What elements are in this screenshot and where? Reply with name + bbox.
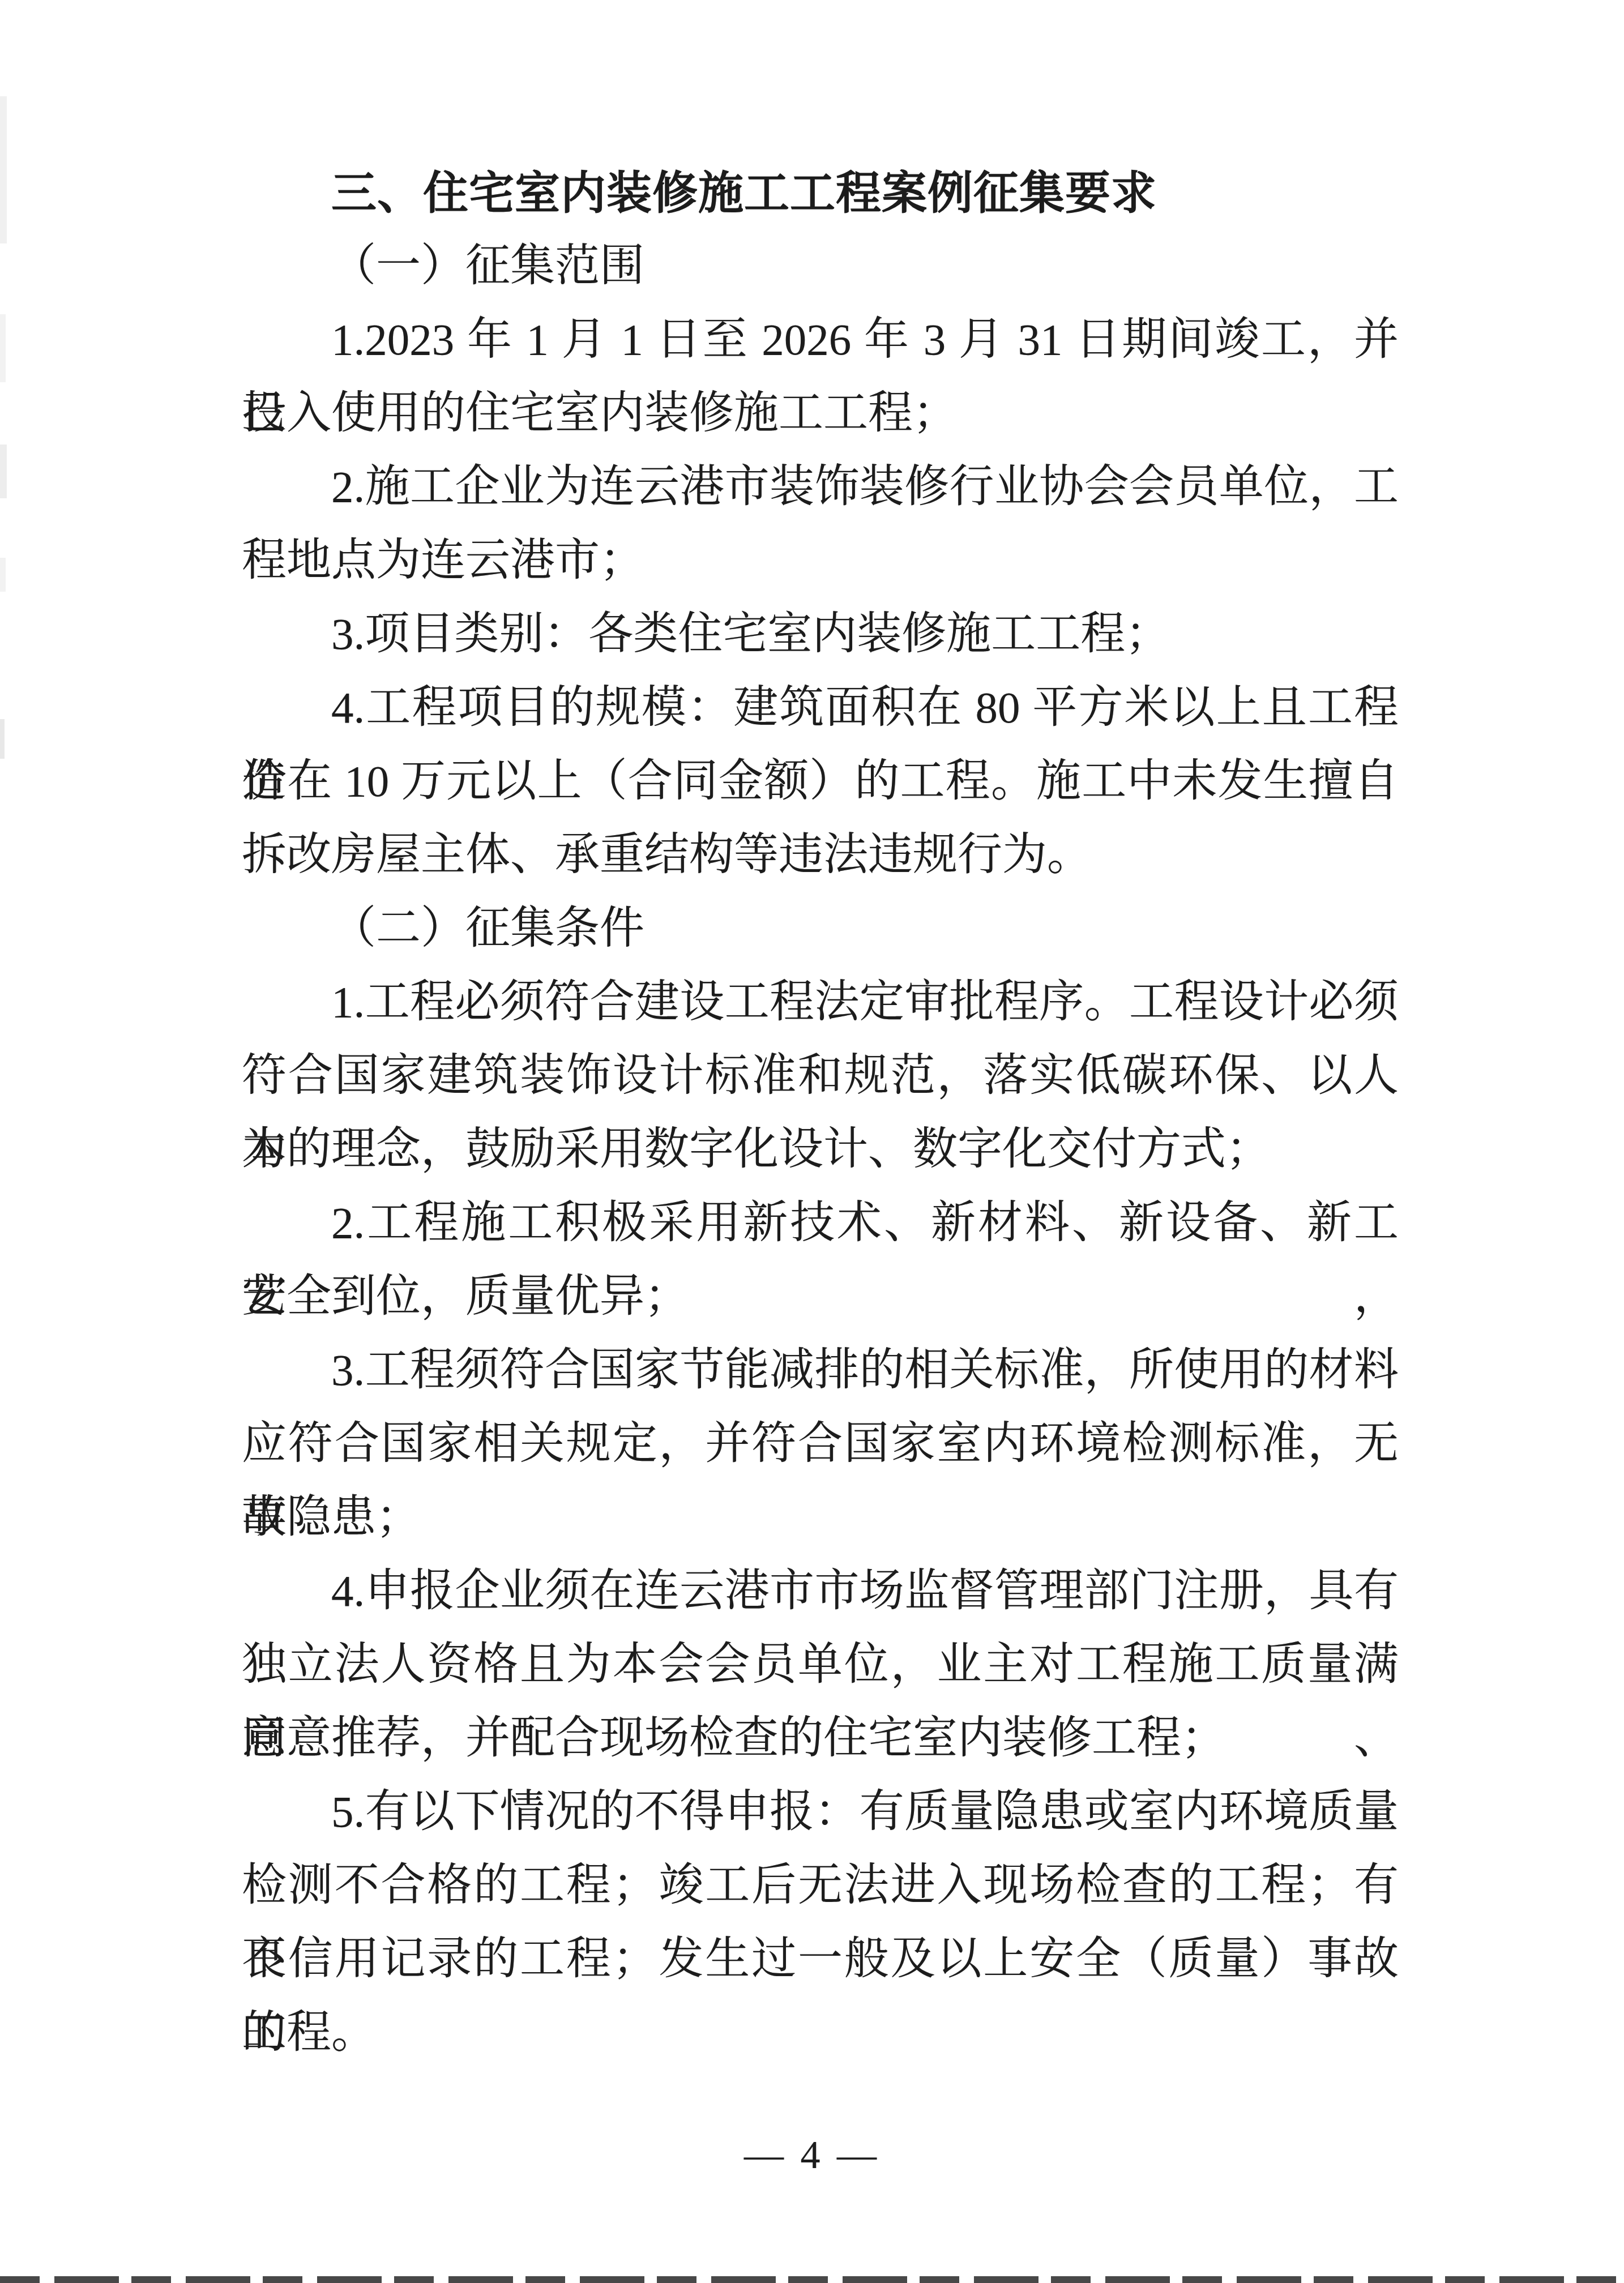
body-line: 4.申报企业须在连云港市市场监督管理部门注册，具有 <box>242 1555 1399 1628</box>
body-line: 2.施工企业为连云港市装饰装修行业协会会员单位，工 <box>242 451 1399 524</box>
body-line: 2.工程施工积极采用新技术、新材料、新设备、新工艺， <box>242 1187 1399 1260</box>
document-page: { "page": { "paper_color": "#ffffff", "i… <box>0 0 1624 2283</box>
body-line: 3.工程须符合国家节能减排的相关标准，所使用的材料 <box>242 1334 1399 1408</box>
body-line: 3.项目类别：各类住宅室内装修施工工程； <box>242 598 1399 672</box>
body-line: 应符合国家相关规定，并符合国家室内环境检测标准，无事 <box>242 1408 1399 1481</box>
body-line: 程地点为连云港市； <box>242 524 1399 598</box>
scan-artifact-left-edge <box>0 719 5 759</box>
document-heading: 三、住宅室内装修施工工程案例征集要求 <box>242 156 1399 230</box>
body-line: 工程。 <box>242 1996 1399 2070</box>
scan-artifact-left-edge <box>0 314 6 382</box>
scan-artifact-left-edge <box>0 96 7 243</box>
body-line: 价在 10 万元以上（合同金额）的工程。施工中未发生擅自 <box>242 745 1399 819</box>
section-2-heading: （二）征集条件 <box>242 892 1399 966</box>
body-line: 独立法人资格且为本会会员单位，业主对工程施工质量满意、 <box>242 1628 1399 1702</box>
body-line: 5.有以下情况的不得申报：有质量隐患或室内环境质量 <box>242 1776 1399 1849</box>
body-line: 1.2023 年 1 月 1 日至 2026 年 3 月 31 日期间竣工，并已 <box>242 303 1399 377</box>
scan-artifact-bottom-edge <box>0 2276 1624 2283</box>
body-line: 检测不合格的工程；竣工后无法进入现场检查的工程；有不 <box>242 1849 1399 1923</box>
scan-artifact-left-edge <box>0 558 6 592</box>
scan-artifact-left-edge <box>0 444 7 498</box>
body-line: 4.工程项目的规模：建筑面积在 80 平方米以上且工程造 <box>242 672 1399 745</box>
body-line: 投入使用的住宅室内装修施工工程； <box>242 377 1399 451</box>
document-text-block: 三、住宅室内装修施工工程案例征集要求 （一）征集范围 1.2023 年 1 月 … <box>242 156 1399 2070</box>
body-line: 本的理念，鼓励采用数字化设计、数字化交付方式； <box>242 1113 1399 1187</box>
body-line: 故隐患； <box>242 1481 1399 1555</box>
body-line: 同意推荐，并配合现场检查的住宅室内装修工程； <box>242 1702 1399 1776</box>
body-line: 良信用记录的工程；发生过一般及以上安全（质量）事故的 <box>242 1923 1399 1996</box>
body-line: 符合国家建筑装饰设计标准和规范，落实低碳环保、以人为 <box>242 1040 1399 1113</box>
body-line: 1.工程必须符合建设工程法定审批程序。工程设计必须 <box>242 966 1399 1040</box>
section-1-heading: （一）征集范围 <box>242 230 1399 303</box>
body-line: 拆改房屋主体、承重结构等违法违规行为。 <box>242 819 1399 892</box>
page-number: — 4 — <box>0 2124 1624 2187</box>
